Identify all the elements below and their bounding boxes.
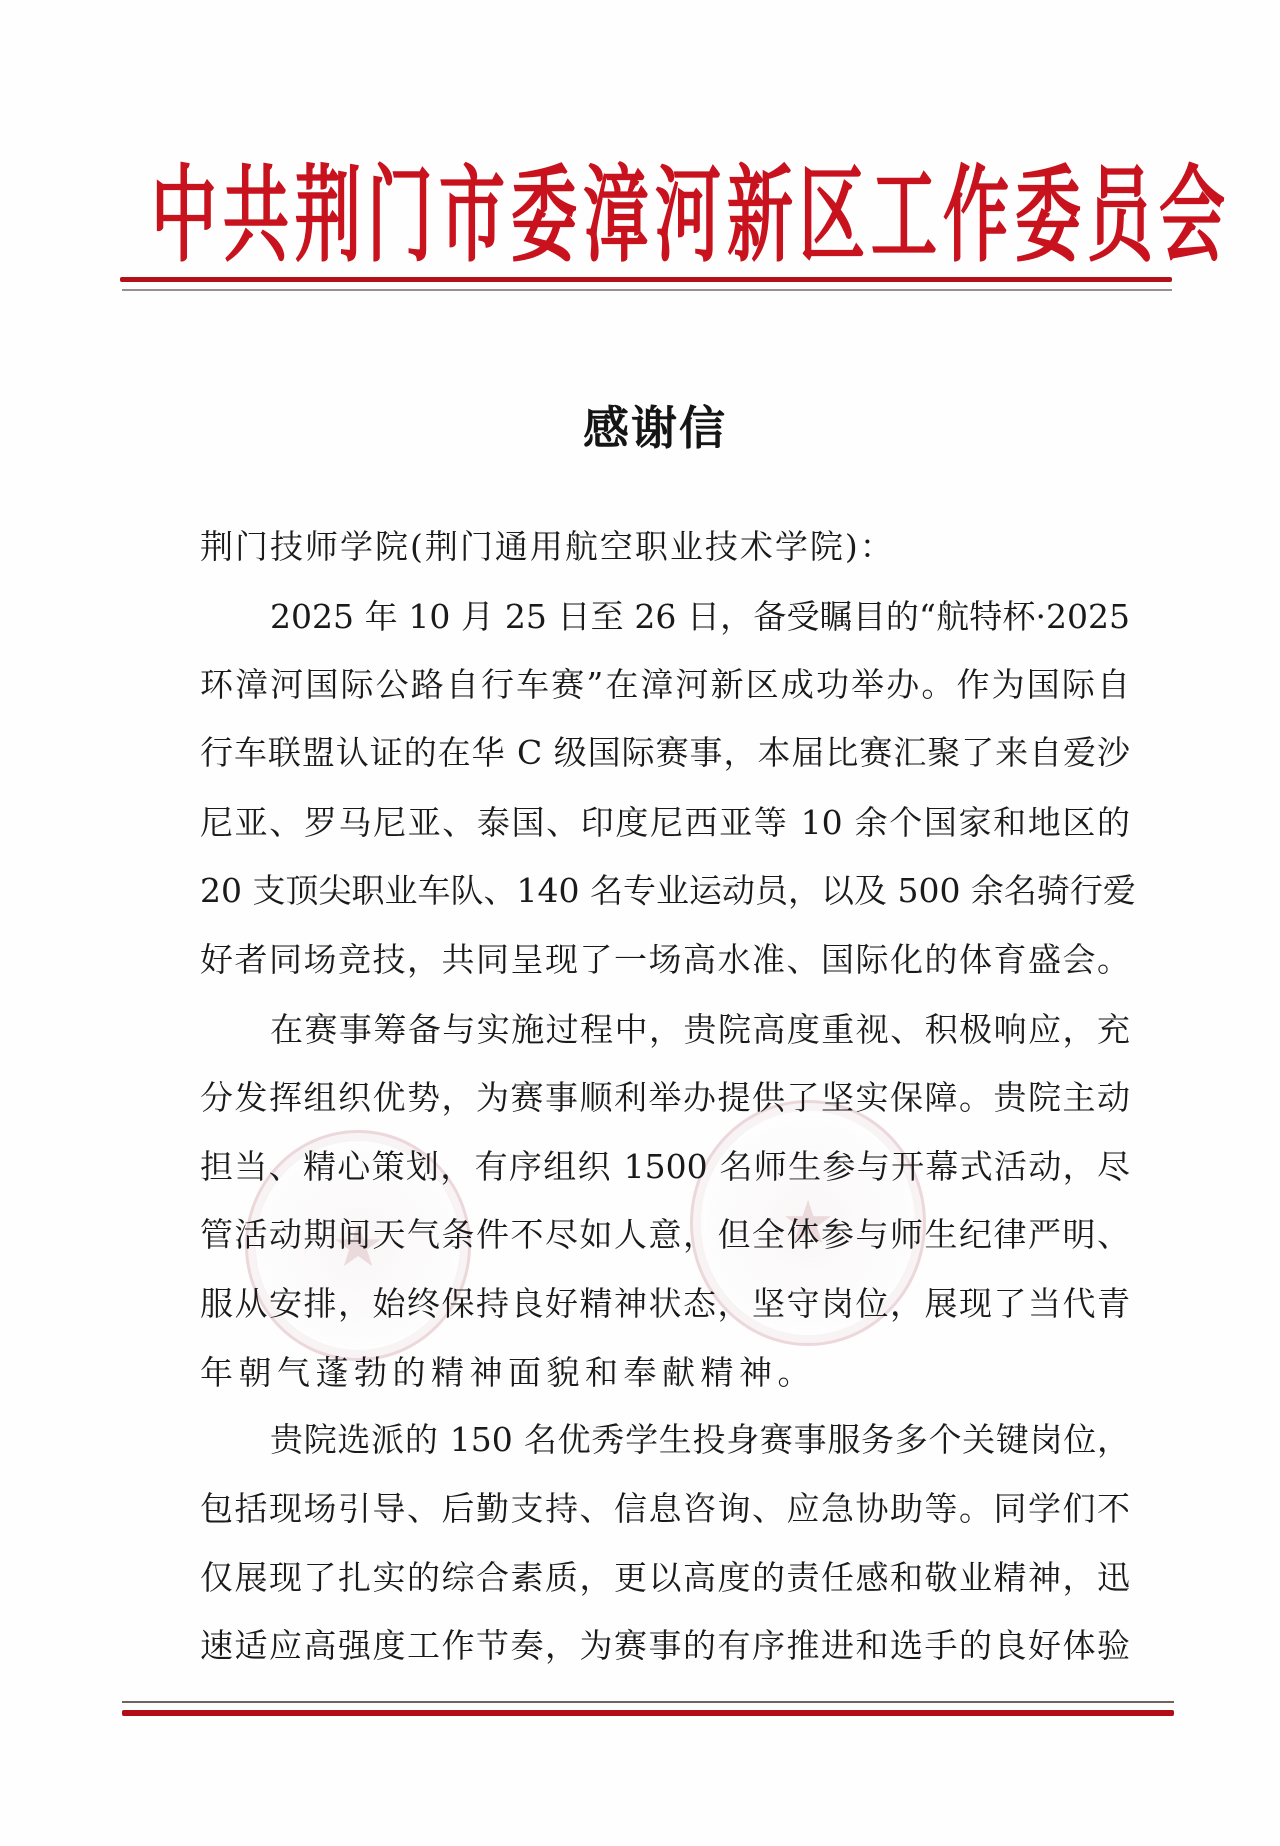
paragraph-3-line-4: 速适应高强度工作节奏，为赛事的有序推进和选手的良好体验: [200, 1624, 1130, 1668]
paragraph-2-line-3: 担当、精心策划，有序组织 1500 名师生参与开幕式活动，尽: [200, 1145, 1130, 1189]
letterhead-thin-rule: [122, 289, 1172, 291]
letterhead-char: 区: [799, 163, 865, 267]
letterhead-char: 市: [439, 163, 505, 267]
organization-letterhead: 中共荆门市委漳河新区工作委员会: [148, 150, 1168, 280]
letterhead-char: 河: [655, 163, 721, 267]
letterhead-char: 作: [943, 163, 1009, 267]
letterhead-char: 会: [1159, 163, 1225, 267]
paragraph-2-line-1: 在赛事筹备与实施过程中，贵院高度重视、积极响应，充: [270, 1008, 1130, 1052]
paragraph-2-line-6: 年朝气蓬勃的精神面貌和奉献精神。: [200, 1351, 1130, 1395]
paragraph-1-line-2: 环漳河国际公路自行车赛”在漳河新区成功举办。作为国际自: [200, 663, 1130, 707]
letterhead-char: 漳: [583, 163, 649, 267]
salutation: 荆门技师学院(荆门通用航空职业技术学院)：: [200, 525, 1130, 569]
paragraph-1-line-3: 行车联盟认证的在华 C 级国际赛事，本届比赛汇聚了来自爱沙: [200, 731, 1130, 775]
paragraph-1-line-5: 20 支顶尖职业车队、140 名专业运动员，以及 500 余名骑行爱: [200, 869, 1130, 913]
letterhead-char: 门: [367, 163, 433, 267]
footer-thin-rule: [122, 1701, 1174, 1703]
document-title: 感谢信: [0, 392, 1280, 458]
letterhead-char: 中: [151, 163, 217, 267]
paragraph-2-line-4: 管活动期间天气条件不尽如人意，但全体参与师生纪律严明、: [200, 1213, 1130, 1257]
letterhead-char: 员: [1087, 163, 1153, 267]
paragraph-2-line-2: 分发挥组织优势，为赛事顺利举办提供了坚实保障。贵院主动: [200, 1076, 1130, 1120]
paragraph-1-line-6: 好者同场竞技，共同呈现了一场高水准、国际化的体育盛会。: [200, 938, 1130, 982]
letter-page: 中共荆门市委漳河新区工作委员会 感谢信 荆门技师学院(荆门通用航空职业技术学院)…: [0, 0, 1280, 1846]
paragraph-3-line-3: 仅展现了扎实的综合素质，更以高度的责任感和敬业精神，迅: [200, 1556, 1130, 1600]
paragraph-1-line-1: 2025 年 10 月 25 日至 26 日，备受瞩目的“航特杯·2025: [270, 595, 1130, 639]
letterhead-char: 委: [511, 163, 577, 267]
letterhead-char: 新: [727, 163, 793, 267]
letterhead-char: 工: [871, 163, 937, 267]
footer-red-rule: [122, 1710, 1174, 1716]
paragraph-3-line-1: 贵院选派的 150 名优秀学生投身赛事服务多个关键岗位，: [270, 1418, 1130, 1462]
paragraph-2-line-5: 服从安排，始终保持良好精神状态，坚守岗位，展现了当代青: [200, 1282, 1130, 1326]
letterhead-char: 荆: [295, 163, 361, 267]
letterhead-red-rule: [120, 277, 1172, 282]
letterhead-char: 共: [223, 163, 289, 267]
paragraph-3-line-2: 包括现场引导、后勤支持、信息咨询、应急协助等。同学们不: [200, 1487, 1130, 1531]
paragraph-1-line-4: 尼亚、罗马尼亚、泰国、印度尼西亚等 10 余个国家和地区的: [200, 801, 1130, 845]
letterhead-char: 委: [1015, 163, 1081, 267]
